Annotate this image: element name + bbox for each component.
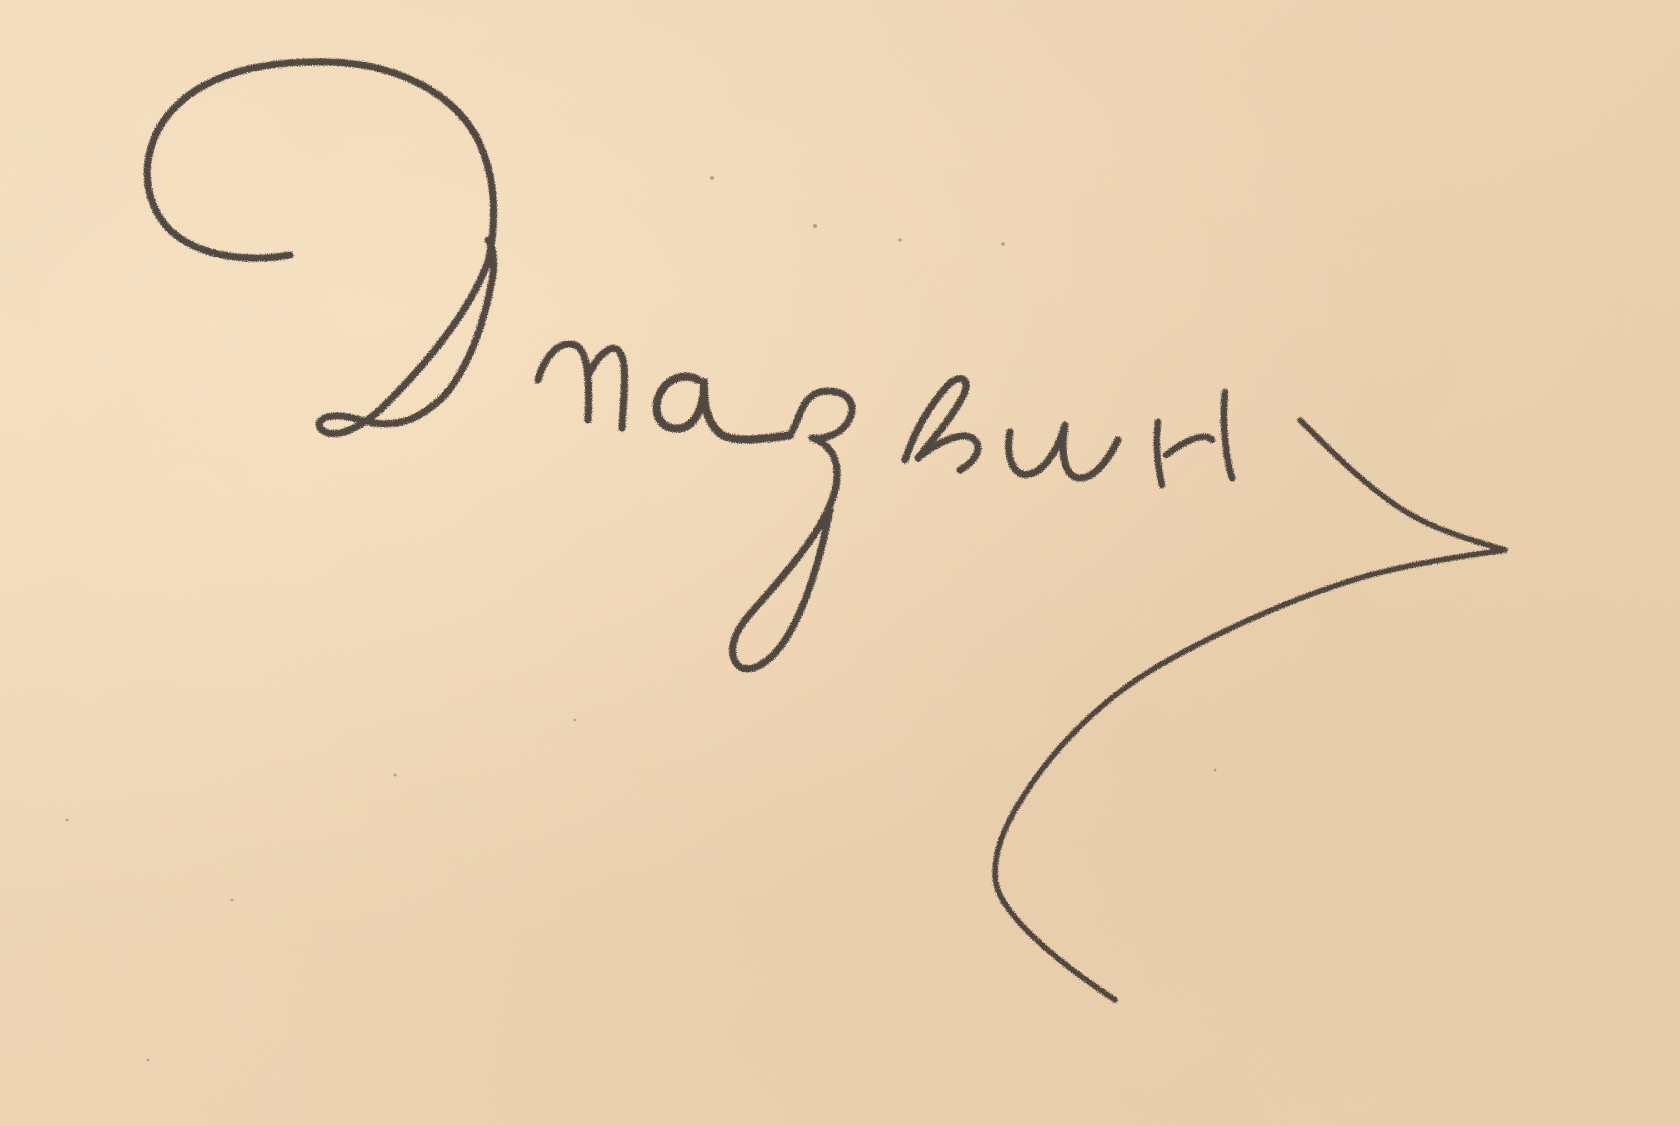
aged-paper-background: Эпадин: [0, 0, 1680, 1126]
signature-flourish: [995, 420, 1505, 1000]
letter-z-descender: [733, 391, 852, 669]
letter-b: [905, 379, 978, 470]
letter-n-final: [1157, 392, 1232, 485]
letter-u: [1009, 425, 1118, 478]
initial-letter-stem: [319, 240, 493, 434]
handwritten-signature: [0, 0, 1680, 1126]
initial-letter-loop: [147, 62, 493, 262]
letter-a: [657, 377, 790, 440]
letter-n: [538, 344, 625, 428]
